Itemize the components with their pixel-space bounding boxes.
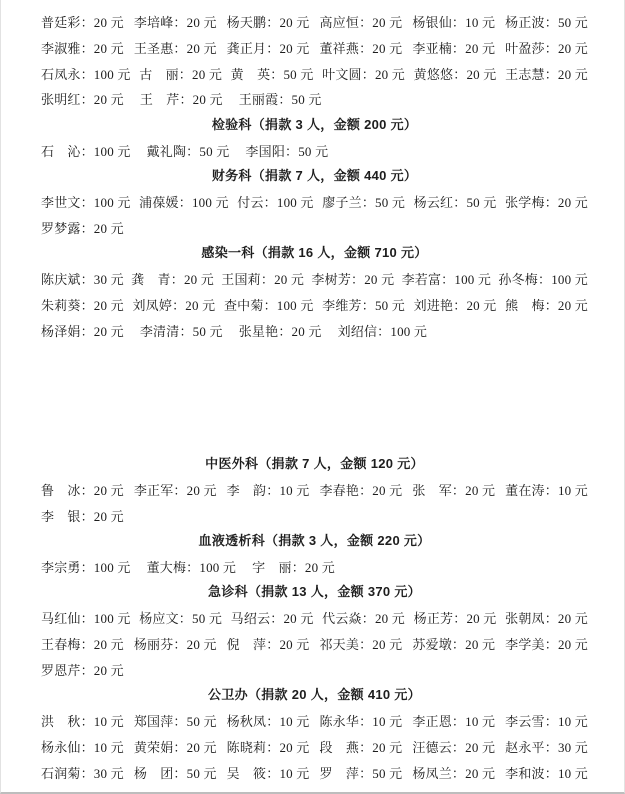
donor-entry: 石凤永：100 元	[41, 64, 131, 83]
donor-entry: 王志慧：20 元	[505, 64, 588, 83]
section-header: 财务科（捐款 7 人，金额 440 元）	[41, 163, 588, 189]
donor-entry: 龚正月：20 元	[227, 38, 310, 57]
section-header: 检验科（捐款 3 人，金额 200 元）	[41, 112, 588, 138]
donor-entry: 陈庆斌：30 元	[41, 269, 124, 288]
donor-row: 李宗勇：100 元董大梅：100 元字 丽：20 元	[41, 554, 588, 580]
donor-entry: 祁天美：20 元	[319, 634, 402, 653]
donor-entry: 石润菊：30 元	[41, 763, 124, 782]
donor-entry: 字 丽：20 元	[252, 557, 335, 576]
donor-row: 罗恩芹：20 元	[41, 656, 588, 682]
donor-entry: 普廷彩：20 元	[41, 12, 124, 31]
donor-entry: 杨泽娟：20 元	[41, 321, 124, 340]
donor-entry: 李树芳：20 元	[311, 269, 394, 288]
donor-entry: 李和波：10 元	[505, 763, 588, 782]
donor-entry: 王国莉：20 元	[221, 269, 304, 288]
donor-entry: 杨云红：50 元	[414, 192, 497, 211]
donor-entry: 赵永平：30 元	[505, 737, 588, 756]
donor-entry: 李培峰：20 元	[134, 12, 217, 31]
donor-entry: 李春艳：20 元	[319, 480, 402, 499]
donor-entry: 杨凤兰：20 元	[412, 763, 495, 782]
donor-entry: 张学梅：20 元	[505, 192, 588, 211]
donor-row: 杨泽娟：20 元李清清：50 元张星艳：20 元刘绍信：100 元	[41, 317, 588, 343]
section-header: 感染一科（捐款 16 人，金额 710 元）	[41, 240, 588, 266]
donor-entry: 龚 青：20 元	[131, 269, 214, 288]
donor-entry: 董在涛：10 元	[505, 480, 588, 499]
donor-entry: 刘凤婷：20 元	[132, 295, 215, 314]
donor-entry: 郑国萍：50 元	[134, 711, 217, 730]
donor-entry: 李学美：20 元	[505, 634, 588, 653]
donor-row: 杨永仙：10 元黄荣娟：20 元陈晓莉：20 元段 燕：20 元汪德云：20 元…	[41, 734, 588, 760]
donor-entry: 刘进艳：20 元	[414, 295, 497, 314]
donor-entry: 李亚楠：20 元	[412, 38, 495, 57]
donor-entry: 张朝凤：20 元	[505, 608, 588, 627]
donor-entry: 杨 团：50 元	[134, 763, 217, 782]
donor-row: 李世文：100 元浦葆媛：100 元付云：100 元廖子兰：50 元杨云红：50…	[41, 189, 588, 215]
donor-entry: 杨正波：50 元	[505, 12, 588, 31]
document-page: 普廷彩：20 元李培峰：20 元杨天鹏：20 元高应恒：20 元杨银仙：10 元…	[0, 0, 625, 794]
donor-entry: 汪德云：20 元	[412, 737, 495, 756]
donor-entry: 杨天鹏：20 元	[227, 12, 310, 31]
donor-entry: 叶文圆：20 元	[322, 64, 405, 83]
section-header: 公卫办（捐款 20 人，金额 410 元）	[41, 682, 588, 708]
donor-row: 李 银：20 元	[41, 502, 588, 528]
donor-entry: 段 燕：20 元	[319, 737, 402, 756]
section-header: 中医外科（捐款 7 人，金额 120 元）	[41, 451, 588, 477]
donor-entry: 戴礼陶：50 元	[147, 141, 230, 160]
donor-entry: 陈永华：10 元	[319, 711, 402, 730]
donor-row: 石润菊：30 元杨 团：50 元吴 筱：10 元罗 萍：50 元杨凤兰：20 元…	[41, 759, 588, 785]
donor-entry: 董大梅：100 元	[147, 557, 237, 576]
donor-entry: 浦葆媛：100 元	[139, 192, 229, 211]
donor-row: 石 沁：100 元戴礼陶：50 元李国阳：50 元	[41, 137, 588, 163]
donor-entry: 李世文：100 元	[41, 192, 131, 211]
donor-entry: 罗梦露：20 元	[41, 218, 124, 237]
donor-entry: 杨正芳：20 元	[414, 608, 497, 627]
donor-entry: 黄 英：50 元	[231, 64, 314, 83]
donor-row: 石凤永：100 元古 丽：20 元黄 英：50 元叶文圆：20 元黄悠悠：20 …	[41, 60, 588, 86]
donor-entry: 倪 萍：20 元	[227, 634, 310, 653]
donor-entry: 张明红：20 元	[41, 89, 124, 108]
donor-row: 洪 秋：10 元郑国萍：50 元杨秋凤：10 元陈永华：10 元李正恩：10 元…	[41, 708, 588, 734]
donor-entry: 李 银：20 元	[41, 506, 124, 525]
donor-entry: 黄荣娟：20 元	[134, 737, 217, 756]
donor-entry: 杨应文：50 元	[139, 608, 222, 627]
donor-entry: 马绍云：20 元	[231, 608, 314, 627]
donor-entry: 苏爱墩：20 元	[412, 634, 495, 653]
donor-entry: 代云焱：20 元	[322, 608, 405, 627]
section-header: 血液透析科（捐款 3 人，金额 220 元）	[41, 528, 588, 554]
donor-row: 王春梅：20 元杨丽芬：20 元倪 萍：20 元祁天美：20 元苏爱墩：20 元…	[41, 631, 588, 657]
donor-entry: 李正军：20 元	[134, 480, 217, 499]
donor-entry: 杨丽芬：20 元	[134, 634, 217, 653]
donor-entry: 吴 筱：10 元	[227, 763, 310, 782]
donor-entry: 石 沁：100 元	[41, 141, 131, 160]
donor-row: 普廷彩：20 元李培峰：20 元杨天鹏：20 元高应恒：20 元杨银仙：10 元…	[41, 9, 588, 35]
donor-entry: 李宗勇：100 元	[41, 557, 131, 576]
donor-row: 鲁 冰：20 元李正军：20 元李 韵：10 元李春艳：20 元张 军：20 元…	[41, 477, 588, 503]
donor-entry: 李清清：50 元	[140, 321, 223, 340]
donor-entry: 李 韵：10 元	[227, 480, 310, 499]
donor-entry: 付云：100 元	[237, 192, 313, 211]
donor-entry: 查中菊：100 元	[224, 295, 314, 314]
section-header: 急诊科（捐款 13 人，金额 370 元）	[41, 579, 588, 605]
donor-entry: 洪 秋：10 元	[41, 711, 124, 730]
donor-entry: 叶盈莎：20 元	[505, 38, 588, 57]
donor-entry: 罗 萍：50 元	[319, 763, 402, 782]
donor-entry: 张星艳：20 元	[239, 321, 322, 340]
donor-entry: 李若富：100 元	[402, 269, 492, 288]
donor-entry: 董祥燕：20 元	[319, 38, 402, 57]
donor-entry: 古 丽：20 元	[139, 64, 222, 83]
donor-entry: 朱莉葵：20 元	[41, 295, 124, 314]
donor-entry: 李正恩：10 元	[412, 711, 495, 730]
donor-entry: 杨永仙：10 元	[41, 737, 124, 756]
donor-entry: 李国阳：50 元	[245, 141, 328, 160]
donor-entry: 王春梅：20 元	[41, 634, 124, 653]
donor-row: 李淑雅：20 元王圣惠：20 元龚正月：20 元董祥燕：20 元李亚楠：20 元…	[41, 35, 588, 61]
page-gap	[41, 343, 588, 451]
donor-entry: 李淑雅：20 元	[41, 38, 124, 57]
donor-entry: 李云雪：10 元	[505, 711, 588, 730]
donor-entry: 杨银仙：10 元	[412, 12, 495, 31]
donor-entry: 熊 梅：20 元	[505, 295, 588, 314]
donor-entry: 张 军：20 元	[412, 480, 495, 499]
donor-entry: 李维芳：50 元	[322, 295, 405, 314]
donor-entry: 孙冬梅：100 元	[498, 269, 588, 288]
donor-row: 陈庆斌：30 元龚 青：20 元王国莉：20 元李树芳：20 元李若富：100 …	[41, 266, 588, 292]
donor-entry: 王丽霞：50 元	[239, 89, 322, 108]
donor-row: 马红仙：100 元杨应文：50 元马绍云：20 元代云焱：20 元杨正芳：20 …	[41, 605, 588, 631]
donor-row: 罗梦露：20 元	[41, 215, 588, 241]
donor-row: 张明红：20 元王 芹：20 元王丽霞：50 元	[41, 86, 588, 112]
donor-entry: 鲁 冰：20 元	[41, 480, 124, 499]
donor-entry: 马红仙：100 元	[41, 608, 131, 627]
donor-entry: 陈晓莉：20 元	[227, 737, 310, 756]
donor-entry: 王圣惠：20 元	[134, 38, 217, 57]
donor-entry: 高应恒：20 元	[319, 12, 402, 31]
donor-entry: 王 芹：20 元	[140, 89, 223, 108]
donor-entry: 罗恩芹：20 元	[41, 660, 124, 679]
donor-row: 朱莉葵：20 元刘凤婷：20 元查中菊：100 元李维芳：50 元刘进艳：20 …	[41, 292, 588, 318]
donor-entry: 廖子兰：50 元	[322, 192, 405, 211]
donor-entry: 杨秋凤：10 元	[227, 711, 310, 730]
donor-entry: 黄悠悠：20 元	[414, 64, 497, 83]
donor-entry: 刘绍信：100 元	[338, 321, 428, 340]
